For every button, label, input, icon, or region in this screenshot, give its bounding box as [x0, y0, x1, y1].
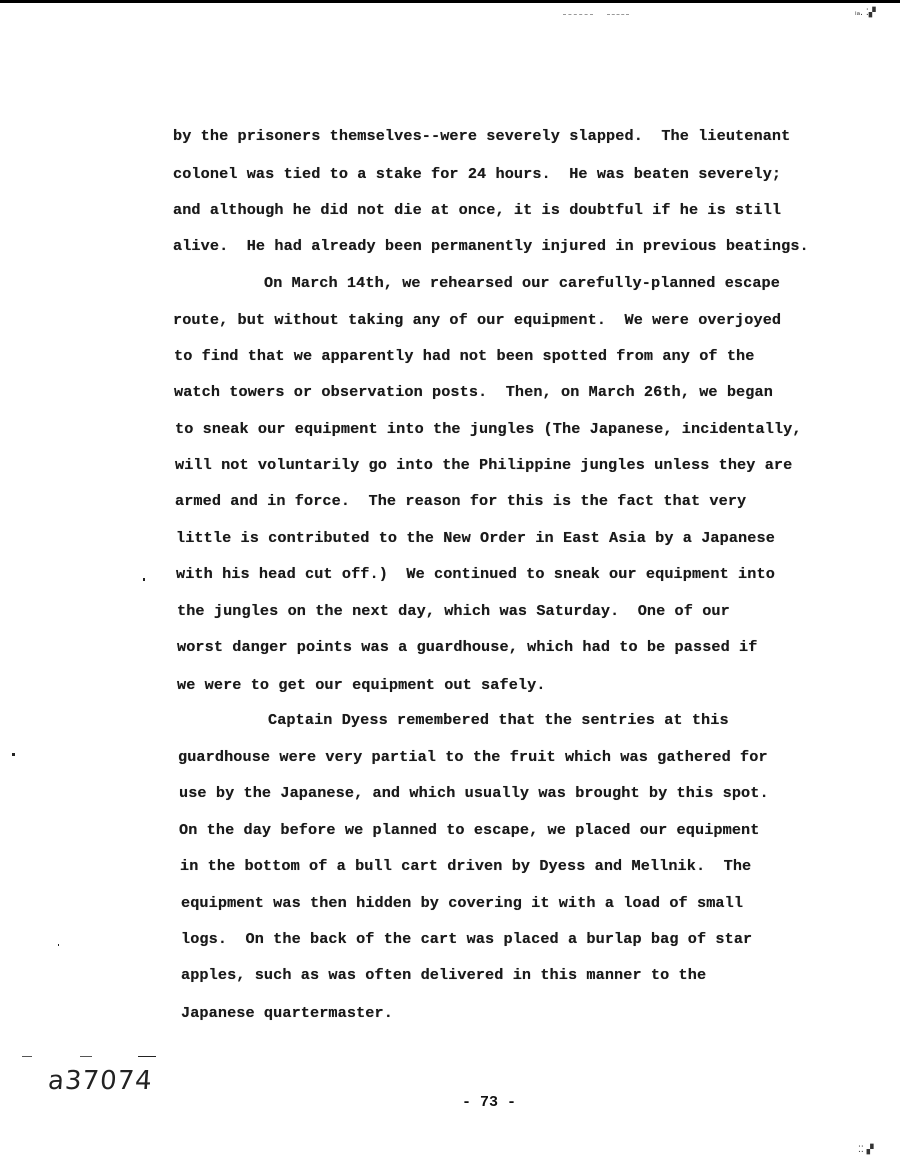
- scan-artifact-rule: [80, 1056, 92, 1057]
- scan-speck: [58, 944, 59, 946]
- text-line: apples, such as was often delivered in t…: [181, 966, 706, 984]
- text-line: watch towers or observation posts. Then,…: [174, 383, 773, 401]
- text-line: armed and in force. The reason for this …: [175, 492, 746, 510]
- scan-artifact-corner: ⁚⁚ ▞: [858, 1145, 874, 1155]
- text-line: Japanese quartermaster.: [181, 1004, 393, 1022]
- text-line: colonel was tied to a stake for 24 hours…: [173, 165, 781, 183]
- page-number: - 73 -: [462, 1094, 516, 1111]
- handwritten-annotation: a37074: [47, 1066, 154, 1096]
- text-line: to find that we apparently had not been …: [174, 347, 754, 365]
- text-line: with his head cut off.) We continued to …: [176, 565, 775, 583]
- text-line: worst danger points was a guardhouse, wh…: [177, 638, 757, 656]
- text-line: On the day before we planned to escape, …: [179, 821, 759, 839]
- scan-top-border: [0, 0, 900, 3]
- document-page: ᵢₐ. ⁚▞ ⁚⁚ ▞ by the prisoners themselves-…: [0, 0, 900, 1166]
- text-line: will not voluntarily go into the Philipp…: [175, 456, 792, 474]
- text-line: Captain Dyess remembered that the sentri…: [268, 711, 729, 729]
- scan-artifact-mark: [563, 14, 593, 16]
- scan-artifact-corner: ᵢₐ. ⁚▞: [855, 8, 876, 18]
- text-line: guardhouse were very partial to the frui…: [178, 748, 768, 766]
- scan-artifact-mark: [607, 14, 629, 16]
- text-line: On March 14th, we rehearsed our carefull…: [264, 274, 780, 292]
- scan-artifact-rule: [138, 1056, 156, 1057]
- text-line: in the bottom of a bull cart driven by D…: [180, 857, 751, 875]
- text-line: little is contributed to the New Order i…: [176, 529, 775, 547]
- text-line: use by the Japanese, and which usually w…: [179, 784, 769, 802]
- text-line: we were to get our equipment out safely.: [177, 676, 546, 694]
- text-line: alive. He had already been permanently i…: [173, 237, 809, 255]
- text-line: the jungles on the next day, which was S…: [177, 602, 730, 620]
- scan-artifact-rule: [22, 1056, 32, 1057]
- text-line: logs. On the back of the cart was placed…: [181, 930, 752, 948]
- text-line: to sneak our equipment into the jungles …: [175, 420, 802, 438]
- text-line: equipment was then hidden by covering it…: [181, 894, 743, 912]
- scan-speck: [143, 578, 145, 581]
- text-line: and although he did not die at once, it …: [173, 201, 781, 219]
- text-line: by the prisoners themselves--were severe…: [173, 127, 790, 145]
- scan-speck: [12, 753, 15, 756]
- text-line: route, but without taking any of our equ…: [173, 311, 781, 329]
